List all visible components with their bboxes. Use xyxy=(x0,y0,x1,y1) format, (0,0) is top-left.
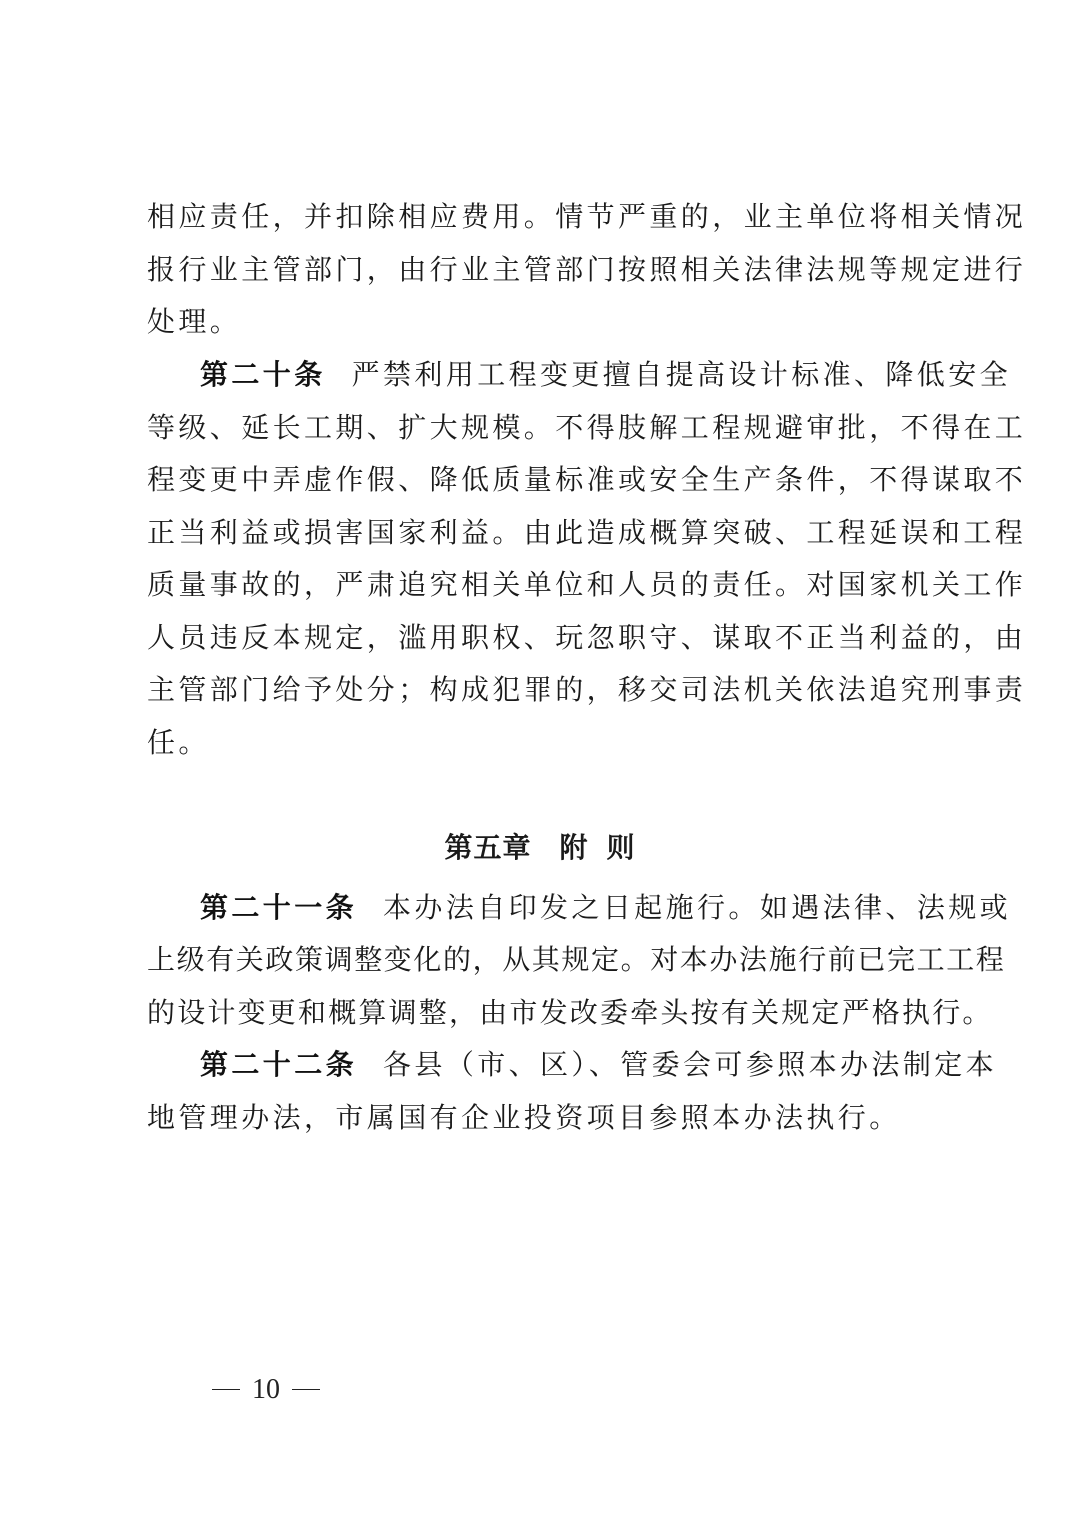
article-20-first-line: 第二十条严禁利用工程变更擅自提高设计标准、降低安全 xyxy=(200,349,937,401)
paragraph-line: 处理。 xyxy=(147,296,937,348)
chapter-number: 第五章 xyxy=(444,831,531,864)
paragraph-line: 任。 xyxy=(147,717,937,769)
chapter-heading: 第五章附则 xyxy=(0,822,1080,874)
paragraph-line: 报行业主管部门，由行业主管部门按照相关法律法规等规定进行 xyxy=(147,244,937,296)
article-text: 本办法自印发之日起施行。如遇法律、法规或 xyxy=(383,891,1011,924)
article-text: 严禁利用工程变更擅自提高设计标准、降低安全 xyxy=(352,358,1011,391)
paragraph-line: 的设计变更和概算调整，由市发改委牵头按有关规定严格执行。 xyxy=(147,987,937,1039)
paragraph-line: 地管理办法，市属国有企业投资项目参照本办法执行。 xyxy=(147,1092,937,1144)
paragraph-line: 正当利益或损害国家利益。由此造成概算突破、工程延误和工程 xyxy=(147,507,937,559)
article-21-first-line: 第二十一条本办法自印发之日起施行。如遇法律、法规或 xyxy=(200,882,937,934)
chapter-title-1: 附 xyxy=(559,831,588,864)
paragraph-line: 主管部门给予处分；构成犯罪的，移交司法机关依法追究刑事责 xyxy=(147,664,937,716)
article-text: 各县（市、区）、管委会可参照本办法制定本 xyxy=(383,1048,997,1081)
article-label: 第二十二条 xyxy=(200,1048,357,1081)
paragraph-line: 等级、延长工期、扩大规模。不得肢解工程规避审批，不得在工 xyxy=(147,402,937,454)
document-page: 相应责任，并扣除相应费用。情节严重的，业主单位将相关情况 报行业主管部门，由行业… xyxy=(0,0,1080,1527)
article-22-first-line: 第二十二条各县（市、区）、管委会可参照本办法制定本 xyxy=(200,1039,937,1091)
dash-left xyxy=(212,1389,240,1391)
paragraph-line: 人员违反本规定，滥用职权、玩忽职守、谋取不正当利益的，由 xyxy=(147,612,937,664)
chapter-title-2: 则 xyxy=(607,831,636,864)
page-number: 10 xyxy=(252,1374,280,1405)
paragraph-line: 程变更中弄虚作假、降低质量标准或安全生产条件，不得谋取不 xyxy=(147,454,937,506)
paragraph-line: 上级有关政策调整变化的，从其规定。对本办法施行前已完工工程 xyxy=(147,934,937,986)
paragraph-line: 质量事故的，严肃追究相关单位和人员的责任。对国家机关工作 xyxy=(147,559,937,611)
article-label: 第二十一条 xyxy=(200,891,357,924)
paragraph-line: 相应责任，并扣除相应费用。情节严重的，业主单位将相关情况 xyxy=(147,191,937,243)
page-number-footer: 10 xyxy=(200,1370,332,1410)
dash-right xyxy=(292,1389,320,1391)
article-label: 第二十条 xyxy=(200,358,326,391)
